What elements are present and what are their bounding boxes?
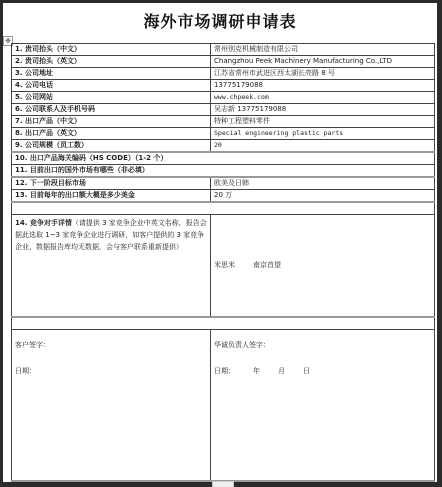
row-label: 5. 公司网站 bbox=[12, 92, 211, 104]
row-label: 7. 出口产品（中文） bbox=[12, 116, 211, 128]
row-label: 8. 出口产品（英文） bbox=[12, 128, 211, 140]
competitors-value[interactable]: 米思米南京首望 bbox=[211, 215, 435, 318]
row-label-current-markets[interactable]: 11. 目前出口的国外市场有哪些（非必填） bbox=[12, 165, 435, 178]
table-row: 2. 贵司抬头（英文） Changzhou Peek Machinery Man… bbox=[12, 56, 435, 68]
row-value-phone[interactable]: 13775179088 bbox=[211, 80, 435, 92]
table-row: 8. 出口产品（英文） Special engineering plastic … bbox=[12, 128, 435, 140]
spacer-row bbox=[12, 202, 435, 215]
row-label: 2. 贵司抬头（英文） bbox=[12, 56, 211, 68]
row-label: 1. 贵司抬头（中文） bbox=[12, 44, 211, 56]
table-row: 1. 贵司抬头（中文） 常州别克机械制造有限公司 bbox=[12, 44, 435, 56]
row-value-company-en[interactable]: Changzhou Peek Machinery Manufacturing C… bbox=[211, 56, 435, 68]
spacer-row bbox=[12, 317, 435, 330]
month-label: 月 bbox=[278, 367, 285, 375]
application-form-table: 1. 贵司抬头（中文） 常州别克机械制造有限公司 2. 贵司抬头（英文） Cha… bbox=[11, 43, 435, 482]
row-label: 9. 公司规模（员工数） bbox=[12, 140, 211, 153]
table-row-competitors: 14. 竞争对手详情（请提供 3 家竞争企业中英文名称，报告会据此选取 1~3 … bbox=[12, 215, 435, 318]
row-label: 4. 公司电话 bbox=[12, 80, 211, 92]
day-label: 日 bbox=[303, 367, 310, 375]
table-row: 7. 出口产品（中文） 特种工程塑料零件 bbox=[12, 116, 435, 128]
page-scroll-tab[interactable] bbox=[212, 481, 234, 487]
competitors-label: 14. 竞争对手详情（请提供 3 家竞争企业中英文名称，报告会据此选取 1~3 … bbox=[12, 215, 211, 318]
row-value-target-market[interactable]: 欧美及日韩 bbox=[211, 177, 435, 190]
row-value-product-cn[interactable]: 特种工程塑料零件 bbox=[211, 116, 435, 128]
row-value-contact[interactable]: 吴志新 13775179088 bbox=[211, 104, 435, 116]
row-label: 12. 下一阶段目标市场 bbox=[12, 177, 211, 190]
huacheng-date-line: 日期：年月日 bbox=[214, 366, 431, 377]
year-label: 年 bbox=[253, 367, 260, 375]
row-value-product-en[interactable]: Special engineering plastic parts bbox=[211, 128, 435, 140]
row-label: 6. 公司联系人及手机号码 bbox=[12, 104, 211, 116]
row-value-company-cn[interactable]: 常州别克机械制造有限公司 bbox=[211, 44, 435, 56]
huacheng-signature-label: 华诚负责人签字： bbox=[214, 340, 431, 351]
row-value-export-amount[interactable]: 20 万 bbox=[211, 190, 435, 203]
table-row: 13. 目前每年的出口额大概是多少美金 20 万 bbox=[12, 190, 435, 203]
table-row: 9. 公司规模（员工数） 20 bbox=[12, 140, 435, 153]
table-row: 3. 公司地址 江苏省常州市武进区西太湖长亮路 8 号 bbox=[12, 68, 435, 80]
empty-cell[interactable] bbox=[12, 202, 435, 215]
table-row: 12. 下一阶段目标市场 欧美及日韩 bbox=[12, 177, 435, 190]
competitor-1: 米思米 bbox=[214, 261, 235, 269]
row-value-website[interactable]: www.chpeek.com bbox=[211, 92, 435, 104]
table-row: 6. 公司联系人及手机号码 吴志新 13775179088 bbox=[12, 104, 435, 116]
table-row: 4. 公司电话 13775179088 bbox=[12, 80, 435, 92]
huacheng-signature-cell[interactable]: 华诚负责人签字： 日期：年月日 bbox=[211, 330, 435, 482]
signature-row: 客户签字： 日期： 华诚负责人签字： 日期：年月日 bbox=[12, 330, 435, 482]
table-row: 11. 目前出口的国外市场有哪些（非必填） bbox=[12, 165, 435, 178]
row-value-company-size[interactable]: 20 bbox=[211, 140, 435, 153]
row-label-hs-code[interactable]: 10. 出口产品海关编码（HS CODE）（1-2 个） bbox=[12, 152, 435, 165]
document-page: 海外市场调研申请表 ✥ 1. 贵司抬头（中文） 常州别克机械制造有限公司 2. … bbox=[3, 3, 437, 482]
page-title: 海外市场调研申请表 bbox=[3, 9, 437, 32]
huacheng-date-label: 日期： bbox=[214, 367, 235, 375]
customer-signature-cell[interactable]: 客户签字： 日期： bbox=[12, 330, 211, 482]
table-row: 5. 公司网站 www.chpeek.com bbox=[12, 92, 435, 104]
table-row: 10. 出口产品海关编码（HS CODE）（1-2 个） bbox=[12, 152, 435, 165]
empty-cell[interactable] bbox=[12, 317, 435, 330]
row-label: 3. 公司地址 bbox=[12, 68, 211, 80]
customer-date-label: 日期： bbox=[15, 366, 207, 377]
competitor-2: 南京首望 bbox=[253, 261, 281, 269]
customer-signature-label: 客户签字： bbox=[15, 340, 207, 351]
row-label: 13. 目前每年的出口额大概是多少美金 bbox=[12, 190, 211, 203]
competitors-label-title: 14. 竞争对手详情 bbox=[15, 219, 72, 227]
row-value-address[interactable]: 江苏省常州市武进区西太湖长亮路 8 号 bbox=[211, 68, 435, 80]
